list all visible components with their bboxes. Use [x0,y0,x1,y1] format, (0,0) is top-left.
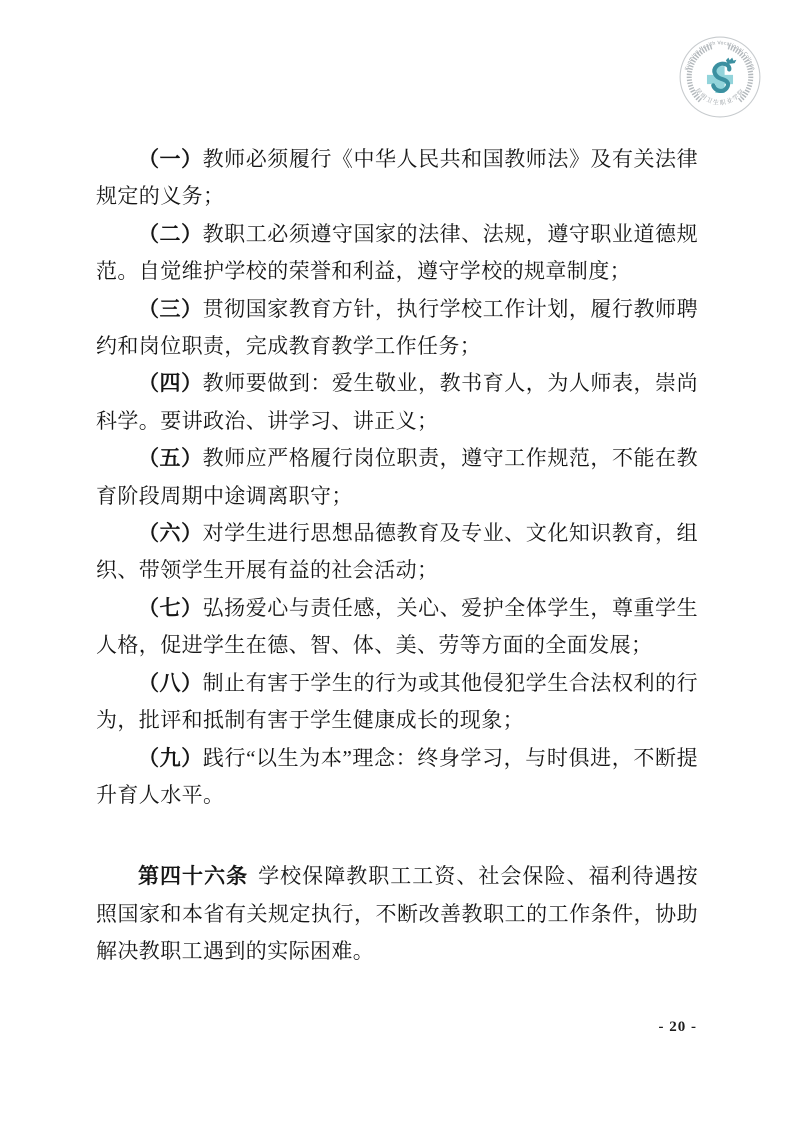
list-item-6: （六）对学生进行思想品德教育及专业、文化知识教育，组织、带领学生开展有益的社会活… [96,515,698,590]
document-page: Kunming Health Vocational College 昆明卫生职业… [0,0,792,1122]
item-number: （八） [138,671,203,695]
item-number: （四） [138,371,203,395]
item-number: （一） [138,147,203,171]
list-item-2: （二）教职工必须遵守国家的法律、法规，遵守职业道德规范。自觉维护学校的荣誉和利益… [96,216,698,291]
item-number: （三） [138,297,203,321]
document-body: （一）教师必须履行《中华人民共和国教师法》及有关法律规定的义务； （二）教职工必… [96,141,698,971]
item-number: （六） [138,521,203,545]
list-item-9: （九）践行“以生为本”理念：终身学习，与时俱进，不断提升育人水平。 [96,740,698,815]
college-seal-icon: Kunming Health Vocational College 昆明卫生职业… [678,35,762,119]
list-item-3: （三）贯彻国家教育方针，执行学校工作计划，履行教师聘约和岗位职责，完成教育教学工… [96,291,698,366]
item-number: （五） [138,446,203,470]
list-item-4: （四）教师要做到：爱生敬业，教书育人，为人师表，崇尚科学。要讲政治、讲学习、讲正… [96,365,698,440]
page-number: - 20 - [659,1019,698,1036]
dragon-head-icon [726,58,737,64]
list-item-1: （一）教师必须履行《中华人民共和国教师法》及有关法律规定的义务； [96,141,698,216]
list-item-8: （八）制止有害于学生的行为或其他侵犯学生合法权利的行为，批评和抵制有害于学生健康… [96,665,698,740]
paragraph-spacer [96,814,698,858]
article-paragraph: 第四十六条学校保障教职工工资、社会保险、福利待遇按照国家和本省有关规定执行，不断… [96,858,698,970]
list-item-7: （七）弘扬爱心与责任感，关心、爱护全体学生，尊重学生人格，促进学生在德、智、体、… [96,590,698,665]
item-number: （九） [138,746,203,770]
item-number: （七） [138,596,203,620]
college-seal-logo: Kunming Health Vocational College 昆明卫生职业… [678,35,762,119]
article-number: 第四十六条 [138,864,248,888]
list-item-5: （五）教师应严格履行岗位职责，遵守工作规范，不能在教育阶段周期中途调离职守； [96,440,698,515]
item-number: （二） [138,222,203,246]
